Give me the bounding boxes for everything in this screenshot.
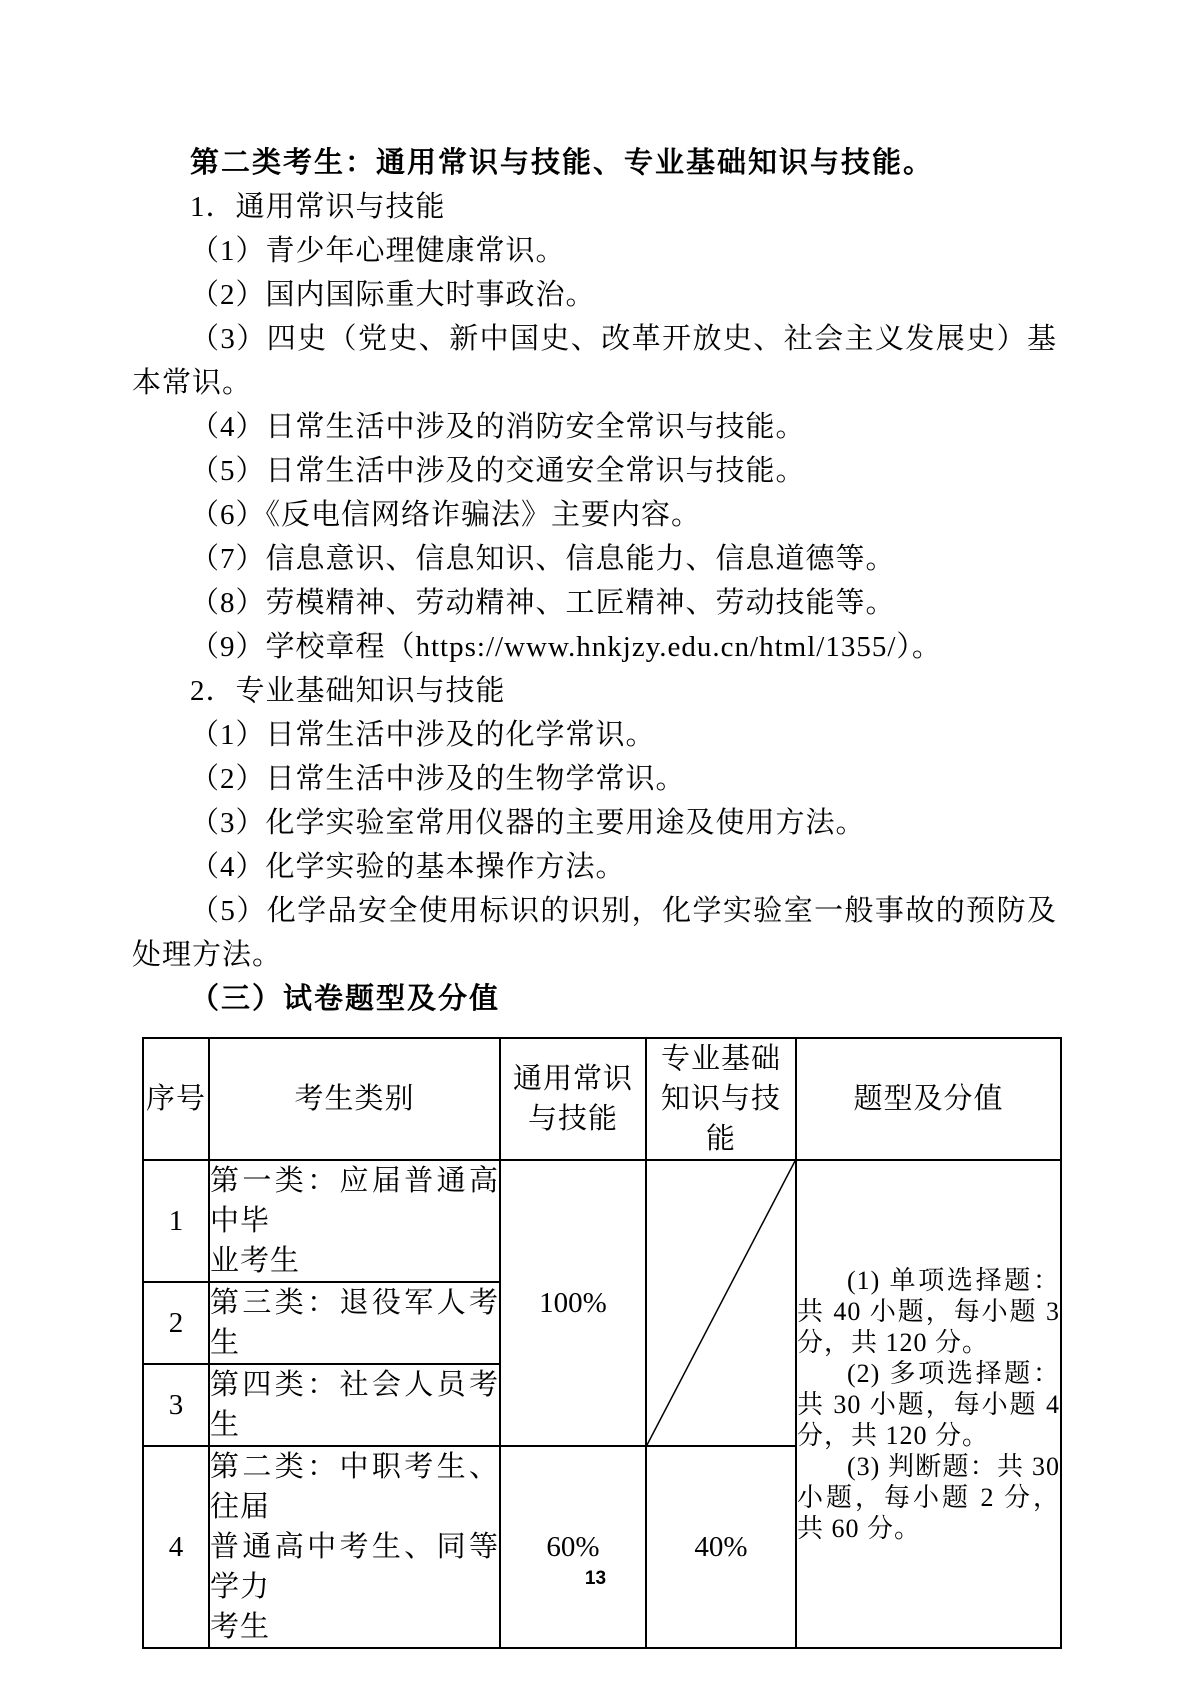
- list-item: （8）劳模精神、劳动精神、工匠精神、劳动技能等。: [132, 581, 1057, 625]
- document-body: 第二类考生：通用常识与技能、专业基础知识与技能。 1．通用常识与技能 （1）青少…: [132, 141, 1057, 1021]
- category2-heading: 第二类考生：通用常识与技能、专业基础知识与技能。: [132, 141, 1057, 185]
- row2-category: 第三类：退役军人考生: [209, 1282, 500, 1364]
- subsection2-title: 2．专业基础知识与技能: [132, 669, 1057, 713]
- document-page: 第二类考生：通用常识与技能、专业基础知识与技能。 1．通用常识与技能 （1）青少…: [0, 0, 1191, 1684]
- list-item: （3）四史（党史、新中国史、改革开放史、社会主义发展史）基本常识。: [132, 317, 1057, 405]
- score-table: 序号 考生类别 通用常识 与技能 专业基础 知识与技能 题型及分值 1 第一类：…: [142, 1037, 1062, 1649]
- row4-category: 第二类：中职考生、往届 普通高中考生、同等学力 考生: [209, 1446, 500, 1648]
- list-item: （5）日常生活中涉及的交通安全常识与技能。: [132, 449, 1057, 493]
- col-header-category: 考生类别: [209, 1038, 500, 1160]
- row4-professional-percent: 40%: [646, 1446, 796, 1648]
- row4-seq: 4: [143, 1446, 209, 1648]
- section3-heading: （三）试卷题型及分值: [132, 977, 1057, 1021]
- row1-seq: 1: [143, 1160, 209, 1282]
- professional-percent-empty-cell: [646, 1160, 796, 1446]
- diagonal-line-icon: [647, 1161, 795, 1445]
- list-item: （3）化学实验室常用仪器的主要用途及使用方法。: [132, 801, 1057, 845]
- list-item: （2）国内国际重大时事政治。: [132, 273, 1057, 317]
- col-header-professional: 专业基础 知识与技能: [646, 1038, 796, 1160]
- row4-general-percent: 60%: [500, 1446, 646, 1648]
- table-row: 1 第一类：应届普通高中毕 业考生 100% (1) 单项选择题：共 40 小题…: [143, 1160, 1061, 1282]
- list-item: （4）化学实验的基本操作方法。: [132, 845, 1057, 889]
- row1-category: 第一类：应届普通高中毕 业考生: [209, 1160, 500, 1282]
- list-item: （1）青少年心理健康常识。: [132, 229, 1057, 273]
- list-item-with-url: （9）学校章程（https://www.hnkjzy.edu.cn/html/1…: [132, 625, 1057, 669]
- question-type-item: (3) 判断题：共 30 小题，每小题 2 分，共 60 分。: [797, 1451, 1060, 1544]
- col-header-question-types: 题型及分值: [796, 1038, 1061, 1160]
- subsection1-title: 1．通用常识与技能: [132, 185, 1057, 229]
- page-number: 13: [0, 1568, 1191, 1590]
- row2-seq: 2: [143, 1282, 209, 1364]
- list-item: （7）信息意识、信息知识、信息能力、信息道德等。: [132, 537, 1057, 581]
- table-header-row: 序号 考生类别 通用常识 与技能 专业基础 知识与技能 题型及分值: [143, 1038, 1061, 1160]
- col-header-general: 通用常识 与技能: [500, 1038, 646, 1160]
- row3-category: 第四类：社会人员考生: [209, 1364, 500, 1446]
- list-item: （2）日常生活中涉及的生物学常识。: [132, 757, 1057, 801]
- question-type-item: (1) 单项选择题：共 40 小题，每小题 3 分，共 120 分。: [797, 1265, 1060, 1358]
- list-item: （1）日常生活中涉及的化学常识。: [132, 713, 1057, 757]
- col-header-seq: 序号: [143, 1038, 209, 1160]
- question-type-item: (2) 多项选择题：共 30 小题，每小题 4 分，共 120 分。: [797, 1358, 1060, 1451]
- list-item: （6）《反电信网络诈骗法》主要内容。: [132, 493, 1057, 537]
- list-item: （5）化学品安全使用标识的识别，化学实验室一般事故的预防及处理方法。: [132, 889, 1057, 977]
- list-item: （4）日常生活中涉及的消防安全常识与技能。: [132, 405, 1057, 449]
- general-percent-merged: 100%: [500, 1160, 646, 1446]
- row3-seq: 3: [143, 1364, 209, 1446]
